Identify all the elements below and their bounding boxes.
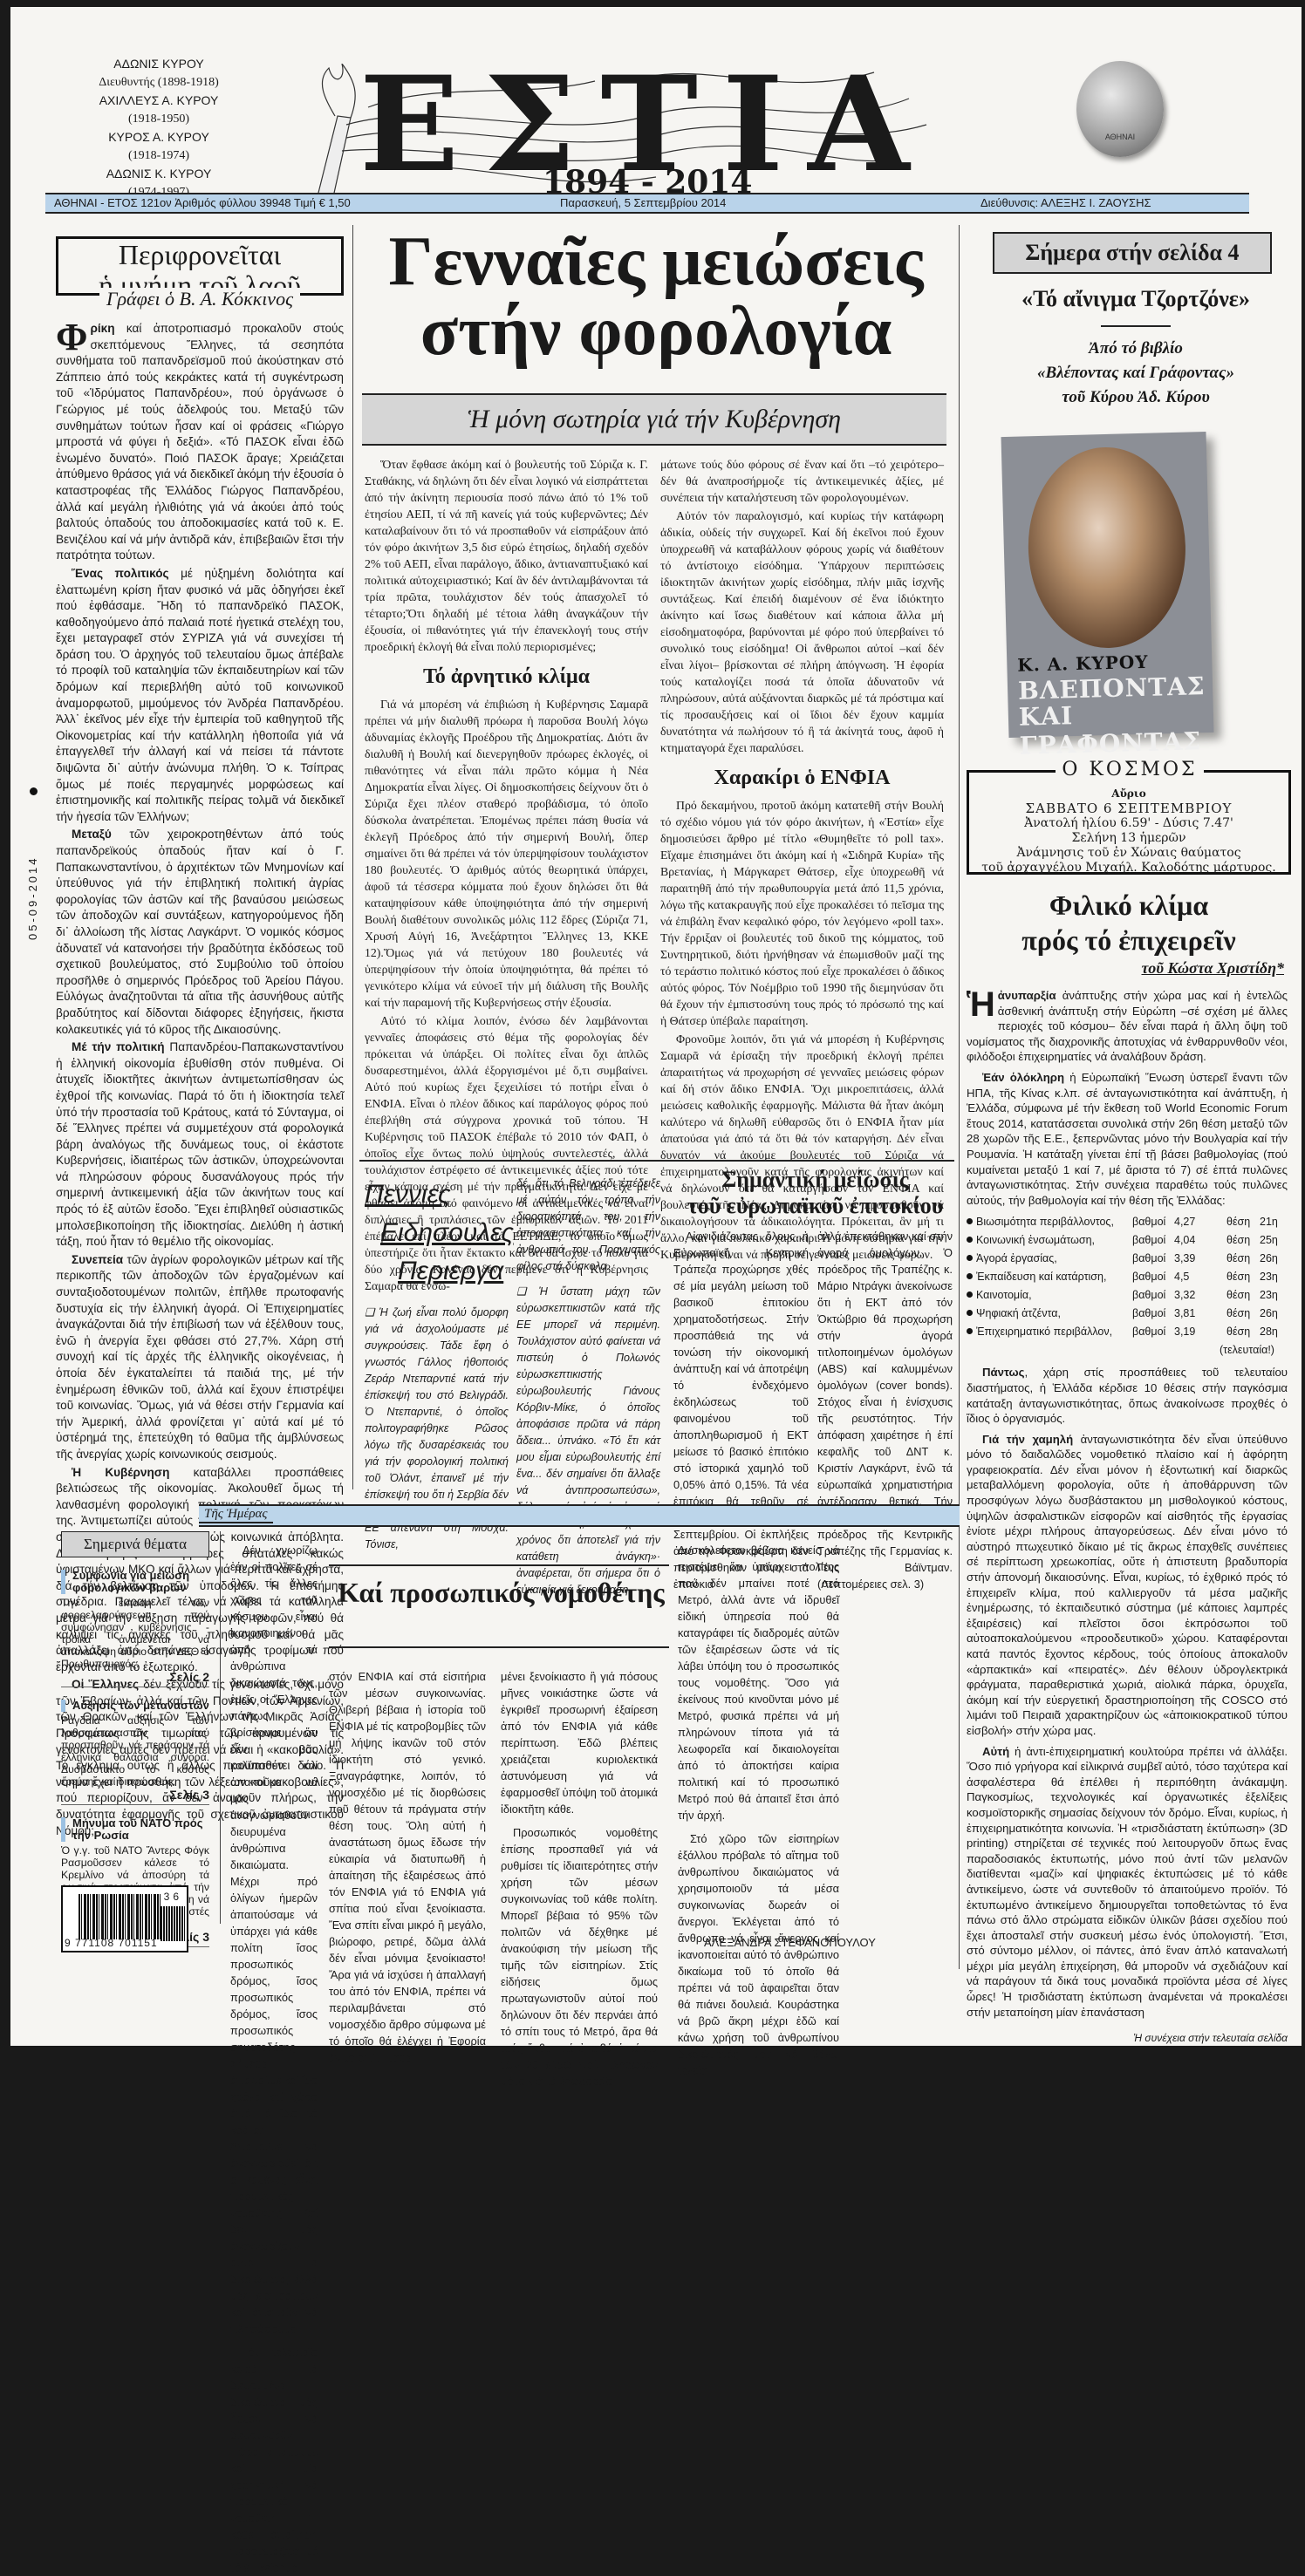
pillar-name: Ψηφιακή ἀτζέντα, (976, 1307, 1061, 1319)
founder-name: ΚΥΡΟΣ Α. ΚΥΡΟΥ (45, 128, 272, 147)
lead-bold: Πάντως (982, 1366, 1024, 1379)
theme-item[interactable]: Συμφωνία γιά μείωση φορολογικῶν βαρῶν Τή… (61, 1570, 209, 1687)
theme-body: Ραγδαία αὔξησις τῶν λαθρομεταναστῶν πού … (61, 1714, 209, 1788)
headline-line: Γενναῖες μειώσεις (359, 227, 953, 296)
paragraph: καί ἀποτροπιασμό προκαλοῦν στούς σκεπτόμ… (56, 322, 344, 562)
paragraph: μέ ηὐξημένη δολιότητα καί ἐλαττωμένη κρί… (56, 567, 344, 823)
paragraph: Πρό δεκαμήνου, προτοῦ ἀκόμη κατατεθῆ στή… (660, 797, 944, 1029)
barcode-addon-bars (161, 1906, 185, 1941)
score-value: 3,19 (1174, 1323, 1226, 1341)
bullet-icon (967, 1291, 973, 1298)
section-heading: Χαρακίρι ὁ ΕΝΦΙΑ (660, 767, 944, 790)
coin-emblem: ΑΘΗΝΑΙ (1076, 61, 1164, 157)
headline-line: Σημαντική μείωσις (673, 1167, 957, 1193)
book-feature-sub: Ἀπό τό βιβλίο «Βλέποντας καί Γράφοντας» … (970, 337, 1302, 410)
score-value: 4,27 (1174, 1213, 1226, 1231)
paragraph: τῶν ἀγρίων φορολογικῶν μέτρων καί τῆς πε… (56, 1253, 344, 1461)
law-col2: στόν ΕΝΦΙΑ καί στά εἰσιτήρια τῶν μέσων σ… (329, 1668, 486, 2055)
sub-line: τοῦ Κύρου Ἀδ. Κύρου (970, 385, 1302, 410)
lead-bold: Μέ τήν πολιτική (72, 1040, 165, 1053)
paragraph: Προσωπικός νομοθέτης ἐπίσης προσπαθεῖ γι… (501, 1824, 658, 2055)
law-col4: Δυσκολεύεται βέβαια κανείς νά πιστέψει ὅ… (678, 1542, 839, 2055)
lead-bold: Συνεπεία (72, 1253, 123, 1266)
today-page-box: Σήμερα στήν σελίδα 4 (993, 232, 1272, 274)
editorial-byline: Γράφει ὁ Β. Α. Κόκκινος (56, 288, 344, 310)
bullet-icon (967, 1237, 973, 1243)
position-label: θέση (1226, 1250, 1260, 1268)
theme-title: Συμφωνία γιά μείωση φορολογικῶν βαρῶν (61, 1570, 209, 1594)
position-label: θέση (1226, 1323, 1260, 1341)
barcode-number: 9 771108 701151 (65, 1937, 158, 1949)
position-value: 23η (1260, 1268, 1286, 1286)
kosmos-feast: τοῦ ἀρχαγγέλου Μιχαήλ. Καλοδότης μάρτυρο… (969, 861, 1288, 876)
opinion-headline: Φιλικό κλίμα πρός τό ἐπιχειρεῖν (967, 888, 1291, 957)
section-bar (199, 1504, 960, 1527)
paragraph: τῶν χειροκροτηθέντων ἀπό τούς παπανδρεϊκ… (56, 828, 344, 1035)
position-value: 26η (1260, 1250, 1286, 1268)
column-divider (220, 1531, 221, 1924)
section-heading: Τό ἀρνητικό κλίμα (365, 665, 648, 689)
bullet-icon (967, 1328, 973, 1334)
ranking-row: Ἀγορά ἐργασίας,βαθμοί3,39θέση26η (967, 1250, 1288, 1268)
dropcap: Φ (56, 322, 87, 353)
score-label: βαθμοί (1132, 1250, 1174, 1268)
position-label: θέση (1226, 1213, 1260, 1231)
rankings-list: Βιωσιμότητα περιβάλλοντος,βαθμοί4,27θέση… (967, 1213, 1288, 1360)
coin-text: ΑΘΗΝΑΙ (1076, 133, 1164, 141)
headline-line: Φιλικό κλίμα (967, 888, 1291, 923)
section-divider (359, 1160, 954, 1162)
ecb-headline: Σημαντική μείωσις τοῦ εὐρωπαϊκοῦ ἐπιτοκί… (673, 1167, 957, 1219)
ranking-row: Κοινωνική ἐνσωμάτωση,βαθμοί4,04θέση25η (967, 1231, 1288, 1250)
headline-rule (329, 1646, 669, 1648)
score-label: βαθμοί (1132, 1323, 1174, 1341)
theme-page: Σελίς 3 (61, 1788, 209, 1805)
paragraph: ἀνταγωνιστικότητα δέν εἶναι ὑπεύθυνο μόν… (967, 1433, 1288, 1737)
issue-date: Παρασκευή, 5 Σεπτεμβρίου 2014 (560, 194, 726, 212)
gossip-item: δέ, ὅτι τό Βελιγράδι ἐπέδειξε μέ αὐτόν τ… (516, 1176, 660, 1275)
position-value: 25η (1260, 1231, 1286, 1250)
founder-name: ΑΔΩΝΙΣ Κ. ΚΥΡΟΥ (45, 165, 272, 183)
lead-bold: Μεταξύ (72, 828, 112, 841)
ranking-row: Ψηφιακή ἀτζέντα,βαθμοί3,81θέση26η (967, 1305, 1288, 1323)
theme-item[interactable]: Αὔξησις τῶν μεταναστῶν Ραγδαία αὔξησις τ… (61, 1700, 209, 1805)
kosmos-sun: Ἀνατολή ἡλίου 6.59' - Δύσις 7.47' (969, 816, 1288, 831)
kosmos-feast: Ἀνάμνησις τοῦ ἐν Χώναις θαύματος (969, 846, 1288, 861)
pillar-name: Κοινωνική ἐνσωμάτωση, (976, 1234, 1095, 1246)
cover-author: Κ. Α. ΚΥΡΟΥ (1017, 651, 1149, 676)
paragraph: Δέν γνωρίζω ἐάν οἱ πολῖτες σέ ὅλες τίς ἄ… (230, 1542, 318, 2055)
position-value: 21η (1260, 1213, 1286, 1231)
paragraph: μάτωνε τούς δύο φόρους σέ ἕναν καί ὅτι –… (660, 456, 944, 506)
founder-name: ΑΔΩΝΙΣ ΚΥΡΟΥ (45, 55, 272, 73)
divider (1101, 325, 1171, 327)
author-signature: ΑΛΕΞΑΝΔΡΑ ΣΤΕΦΑΝΟΠΟΥΛΟΥ (704, 1936, 876, 1949)
headline-line: στήν φορολογία (359, 296, 953, 366)
continued-note: Ἡ συνέχεια στήν τελευταία σελίδα (967, 2032, 1288, 2044)
founder-years: (1918-1974) (45, 147, 272, 165)
ranking-row: Καινοτομία,βαθμοί3,32θέση23η (967, 1286, 1288, 1305)
position-label: θέση (1226, 1286, 1260, 1305)
score-value: 4,04 (1174, 1231, 1226, 1250)
lead-bold: ρίκη (90, 322, 114, 335)
opinion-body: Ἡἀνυπαρξία ἀνάπτυξης στήν χώρα μας καί ἡ… (967, 988, 1288, 2044)
paragraph: Παπανδρέου-Παπακωνσταντίνου ἡ ἑλληνική ο… (56, 1040, 344, 1248)
book-cover-image: Κ. Α. ΚΥΡΟΥ ΒΛΕΠΟΝΤΑΣ ΚΑΙ ΓΡΑΦΟΝΤΑΣ (1001, 432, 1214, 738)
theme-page: Σελίς 2 (61, 1670, 209, 1687)
lead-bold: Ἡ Κυβέρνηση (72, 1466, 169, 1479)
position-value: 26η (1260, 1305, 1286, 1323)
bullet-icon (967, 1255, 973, 1261)
pillar-name: Ἐπιχειρηματικό περιβάλλον, (976, 1325, 1112, 1338)
editorial-title-box: Περιφρονεῖται ἡ μνήμη τοῦ λαοῦ (56, 236, 344, 296)
main-subheadline: Ἡ μόνη σωτηρία γιά τήν Κυβέρνηση (362, 393, 946, 446)
founder-years: (1918-1950) (45, 110, 272, 128)
barcode-bars (79, 1894, 161, 1939)
score-label: βαθμοί (1132, 1286, 1174, 1305)
main-article-col1: Ὅταν ἔφθασε ἀκόμη καί ὁ βουλευτής τοῦ Σύ… (365, 456, 648, 1296)
pillar-name: Καινοτομία, (976, 1289, 1032, 1301)
editorial-title-line: Περιφρονεῖται (58, 241, 341, 269)
sub-line: «Βλέποντας καί Γράφοντας» (970, 361, 1302, 385)
gossip-title-line: Πεννιες (365, 1180, 495, 1210)
position-label: θέση (1226, 1268, 1260, 1286)
gossip-title-line: Περιεργα (398, 1257, 495, 1286)
main-headline: Γενναῖες μειώσεις στήν φορολογία (359, 227, 953, 366)
paragraph: Γιά νά μπορέση νά ἐπιβιώση ἡ Κυβέρνησις … (365, 696, 648, 1011)
column-divider (959, 225, 960, 1969)
kosmos-label: Αὔριο (969, 787, 1288, 801)
law-col3: μένει ξενοίκιαστο ἢ γιά πόσους μῆνες νοι… (501, 1668, 658, 2055)
gossip-title-line: Ειδησουλες (380, 1218, 495, 1248)
law-headline: Καί προσωπικός νομοθέτης (329, 1577, 673, 1609)
ranking-row: Βιωσιμότητα περιβάλλοντος,βαθμοί4,27θέση… (967, 1213, 1288, 1231)
pillar-name: Ἐκπαίδευση καί κατάρτιση, (976, 1271, 1106, 1283)
column-divider (352, 225, 353, 1489)
position-value: 28η (1260, 1323, 1286, 1341)
gossip-col2: δέ, ὅτι τό Βελιγράδι ἐπέδειξε μέ αὐτόν τ… (516, 1176, 660, 1598)
ranking-note: (τελευταία!) (967, 1341, 1288, 1360)
lead-bold: Ἕνας πολιτικός (72, 567, 169, 580)
ranking-row: Ἐπιχειρηματικό περιβάλλον,βαθμοί3,19θέση… (967, 1323, 1288, 1341)
section-label: Τῆς Ἡμέρας (199, 1507, 273, 1523)
ranking-row: Ἐκπαίδευση καί κατάρτιση,βαθμοί4,5θέση23… (967, 1268, 1288, 1286)
score-label: βαθμοί (1132, 1268, 1174, 1286)
opinion-byline: τοῦ Κώστα Χριστίδη* (967, 959, 1284, 978)
sub-line: Ἀπό τό βιβλίο (970, 337, 1302, 361)
byline-text: Γράφει ὁ Β. Α. Κόκκινος (99, 288, 300, 310)
barcode-addon: 36 (164, 1891, 182, 1903)
newspaper-page: ΑΔΩΝΙΣ ΚΥΡΟΥ Διευθυντής (1898-1918) ΑΧΙΛ… (10, 7, 1302, 2046)
theme-title: Μήνυμα τοῦ ΝΑΤΟ πρός τήν Ρωσία (61, 1817, 209, 1842)
kosmos-moon: Σελήνη 13 ἡμερῶν (969, 831, 1288, 846)
bullet-icon (30, 787, 38, 795)
ecb-col1: Αἰφνιδιάζοντας ὅλους ἡ Εὐρωπαϊκή Κεντρικ… (673, 1228, 809, 1592)
founders-list: ΑΔΩΝΙΣ ΚΥΡΟΥ Διευθυντής (1898-1918) ΑΧΙΛ… (45, 55, 272, 201)
score-label: βαθμοί (1132, 1231, 1174, 1250)
headline-rule (329, 1564, 669, 1566)
world-box-title: Ο ΚΟΣΜΟΣ (1056, 759, 1204, 780)
pillar-name: Βιωσιμότητα περιβάλλοντος, (976, 1216, 1114, 1228)
world-box: Αὔριο ΣΑΒΒΑΤΟ 6 ΣΕΠΤΕΜΒΡΙΟΥ Ἀνατολή ἡλίο… (967, 770, 1291, 875)
dropcap: Ἡ (967, 989, 995, 1020)
lead-bold: ἀνυπαρξία (998, 989, 1056, 1002)
gossip-title: Πεννιες Ειδησουλες Περιεργα (365, 1180, 495, 1286)
paragraph: ἡ Εὐρωπαϊκή Ἕνωση ὑστερεῖ ἔναντι τῶν ΗΠΑ… (967, 1071, 1288, 1207)
themes-title-box: Σημερινά θέματα (61, 1531, 209, 1557)
bullet-icon (967, 1273, 973, 1279)
founder-name: ΑΧΙΛΛΕΥΣ Α. ΚΥΡΟΥ (45, 92, 272, 110)
paragraph: ἡ ἀντι-ἐπιχειρηματική κουλτούρα πρέπει ν… (967, 1745, 1288, 2019)
score-value: 3,39 (1174, 1250, 1226, 1268)
portrait-image (1026, 446, 1188, 651)
paragraph: Ὅταν ἔφθασε ἀκόμη καί ὁ βουλευτής τοῦ Σύ… (365, 456, 648, 655)
score-value: 4,5 (1174, 1268, 1226, 1286)
barcode: 9 771108 701151 36 (61, 1885, 188, 1952)
theme-body: Τήν ἔκταση τῶν φοροελαφρύνσεων πού συμφώ… (61, 1597, 209, 1670)
score-value: 3,32 (1174, 1286, 1226, 1305)
lead-bold: Αὐτή (982, 1745, 1009, 1758)
paragraph: Αὐτόν τόν παραλογισμό, καί κυρίως τήν κα… (660, 508, 944, 756)
main-article-col2: μάτωνε τούς δύο φόρους σέ ἕναν καί ὅτι –… (660, 456, 944, 1264)
bullet-icon (967, 1218, 973, 1224)
book-feature-title: «Τό αἴνιγμα Τζορτζόνε» (970, 286, 1302, 312)
score-label: βαθμοί (1132, 1305, 1174, 1323)
editor-info: Διεύθυνσις: ΑΛΕΞΗΣ Ι. ΖΑΟΥΣΗΣ (980, 194, 1151, 212)
headline-line: πρός τό ἐπιχειρεῖν (967, 923, 1291, 957)
gossip-item: Ἡ ὕστατη μάχη τῶν εὐρωσκεπτικιστῶν κατά … (516, 1285, 660, 1596)
pillar-name: Ἀγορά ἐργασίας, (976, 1252, 1057, 1264)
kosmos-date: ΣΑΒΒΑΤΟ 6 ΣΕΠΤΕΜΒΡΙΟΥ (969, 801, 1288, 816)
headline-line: τοῦ εὐρωπαϊκοῦ ἐπιτοκίου (673, 1193, 957, 1219)
score-label: βαθμοί (1132, 1213, 1174, 1231)
paragraph: μένει ξενοίκιαστο ἢ γιά πόσους μῆνες νοι… (501, 1668, 658, 1817)
lead-bold: Ἐάν ὁλόκληρη (982, 1071, 1064, 1084)
note-text: (τελευταία!) (1220, 1341, 1274, 1360)
ecb-col2: ἀλλά ἐπεκτάθηκαν καί στήν ἀγορά ὁμολόγων… (817, 1228, 953, 1592)
theme-title: Αὔξησις τῶν μεταναστῶν (61, 1700, 209, 1712)
position-label: θέση (1226, 1231, 1260, 1250)
score-value: 3,81 (1174, 1305, 1226, 1323)
position-value: 23η (1260, 1286, 1286, 1305)
issue-info: ΑΘΗΝΑΙ - ΕΤΟΣ 121ον Ἀριθμός φύλλου 39948… (54, 194, 351, 212)
position-label: θέση (1226, 1305, 1260, 1323)
lead-bold: Γιά τήν χαμηλή (982, 1433, 1073, 1446)
dateline-bar: ΑΘΗΝΑΙ - ΕΤΟΣ 121ον Ἀριθμός φύλλου 39948… (45, 193, 1249, 214)
paragraph: Δυσκολεύεται βέβαια κανείς νά πιστέψει ὅ… (678, 1542, 839, 1823)
vertical-date: 05-09-2014 (26, 856, 39, 941)
bullet-icon (967, 1310, 973, 1316)
founder-years: Διευθυντής (1898-1918) (45, 73, 272, 92)
cover-title: ΚΑΙ ΓΡΑΦΟΝΤΑΣ (1019, 698, 1215, 760)
law-col1: Δέν γνωρίζω ἐάν οἱ πολῖτες σέ ὅλες τίς ἄ… (230, 1542, 318, 2055)
